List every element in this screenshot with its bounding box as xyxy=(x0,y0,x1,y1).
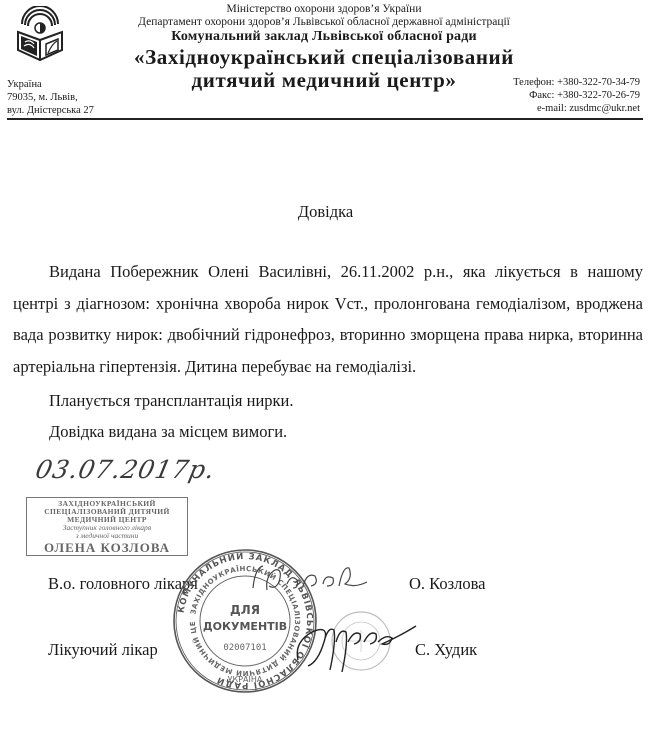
document-page: Міністерство охорони здоров’я України Де… xyxy=(0,0,651,730)
address-country: Україна xyxy=(7,78,94,91)
signatory-role: Лікуючий лікар xyxy=(48,640,158,660)
department-name: Департамент охорони здоров’я Львівської … xyxy=(108,16,540,29)
handwritten-date: 03.07.2017р. xyxy=(33,455,218,484)
certificate-paragraph: Видана Побережник Олені Василівні, 26.11… xyxy=(13,256,643,382)
contact-phone: Телефон: +380-322-70-34-79 xyxy=(513,76,640,89)
signatory-name: С. Худик xyxy=(415,640,477,660)
contact-fax: Факс: +380-322-70-26-79 xyxy=(513,89,640,102)
signature-khudyk-icon xyxy=(290,612,420,674)
contact-email: e-mail: zusdmc@ukr.net xyxy=(513,102,640,115)
stamp-line: з медичної частини xyxy=(27,532,187,540)
svg-text:ДЛЯ: ДЛЯ xyxy=(230,603,260,617)
letterhead-header: Міністерство охорони здоров’я України Де… xyxy=(108,3,540,92)
institution-logo-icon xyxy=(12,6,68,62)
institution-name: Комунальний заклад Львівської обласної р… xyxy=(108,29,540,45)
contacts-block: Телефон: +380-322-70-34-79 Факс: +380-32… xyxy=(513,76,640,115)
svg-text:УКРАЇНА: УКРАЇНА xyxy=(228,674,263,684)
document-title: Довідка xyxy=(0,202,651,222)
address-block: Україна 79035, м. Львів, вул. Дністерськ… xyxy=(7,78,94,117)
ministry-name: Міністерство охорони здоров’я України xyxy=(108,3,540,16)
transplant-note: Планується трансплантація нирки. xyxy=(49,391,294,411)
address-street: вул. Дністерська 27 xyxy=(7,104,94,117)
center-name-line1: «Західноукраїнський спеціалізований xyxy=(108,46,540,69)
signature-kozlova-icon xyxy=(245,558,375,598)
header-divider xyxy=(7,118,643,120)
address-city: 79035, м. Львів, xyxy=(7,91,94,104)
center-name-line2: дитячий медичний центр» xyxy=(108,69,540,92)
svg-text:02007101: 02007101 xyxy=(223,643,266,653)
svg-text:ДОКУМЕНТІВ: ДОКУМЕНТІВ xyxy=(203,620,287,633)
issued-note: Довідка видана за місцем вимоги. xyxy=(49,422,287,442)
deputy-stamp: ЗАХІДНОУКРАЇНСЬКИЙ СПЕЦІАЛІЗОВАНИЙ ДИТЯЧ… xyxy=(26,497,188,556)
stamp-name: ОЛЕНА КОЗЛОВА xyxy=(27,541,187,555)
signatory-name: О. Козлова xyxy=(409,574,486,594)
